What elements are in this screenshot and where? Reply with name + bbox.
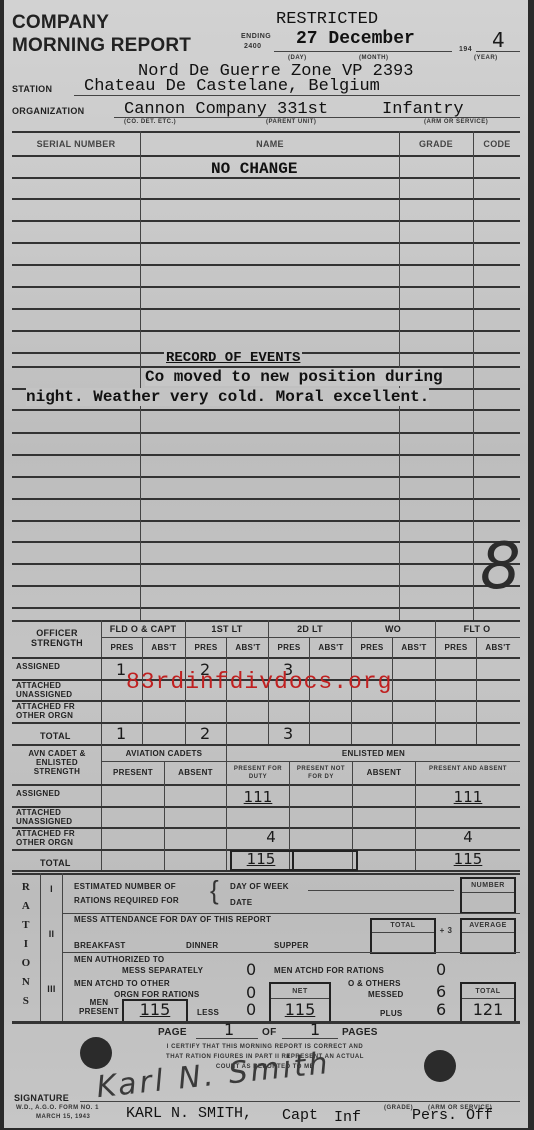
col-serial-number: SERIAL NUMBER (12, 139, 140, 149)
station-label: STATION (12, 84, 52, 94)
group-wo: WO (352, 624, 434, 634)
net-label: NET (271, 988, 329, 995)
o-others-line1: O & OTHERS (348, 979, 401, 988)
o-others-value: 6 (436, 982, 446, 1001)
rations-side-label: R A T I O N S (12, 878, 40, 1011)
sec2-plus3: + 3 (438, 925, 454, 937)
certify-line1: I CERTIFY THAT THIS MORNING REPORT IS CO… (134, 1044, 396, 1050)
men-present-value: 115 (124, 1000, 186, 1019)
officer-strength-title: OFFICER STRENGTH (14, 628, 100, 648)
signer-grade: Capt (282, 1107, 318, 1124)
less-label: LESS (197, 1008, 219, 1017)
month-caption: (MONTH) (359, 55, 389, 61)
sub-pres: PRES (269, 643, 309, 652)
men-atchd-other-line1: MEN ATCHD TO OTHER (74, 979, 170, 988)
rations-letter: A (12, 897, 40, 916)
signer-name: KARL N. SMITH, (126, 1105, 252, 1122)
attached-fr-present-for-duty: 4 (240, 828, 302, 846)
sec2-supper: SUPPER (274, 941, 309, 950)
sec1-date: DATE (230, 898, 252, 907)
report-date: 27 December (296, 29, 415, 49)
year-digit: 4 (492, 28, 505, 52)
enlisted-strength-title: AVN CADET & ENLISTED STRENGTH (14, 749, 100, 776)
col-name: NAME (141, 139, 399, 149)
punch-hole-left (80, 1037, 112, 1069)
caption-grade: (GRADE) (384, 1105, 413, 1111)
sub-abst: ABS'T (143, 643, 185, 652)
row-label-assigned: ASSIGNED (16, 789, 60, 798)
sub-abst: ABS'T (477, 643, 519, 652)
margin-pen-mark: 8 (480, 530, 521, 604)
sec2-total-label: TOTAL (372, 922, 434, 929)
sub-pres: PRES (102, 643, 142, 652)
watermark: 83rdinfdivdocs.org (126, 669, 392, 695)
net-value: 115 (271, 1000, 329, 1019)
col-code: CODE (474, 139, 520, 149)
sec2-numeral: II (41, 929, 62, 939)
group-fld-o-capt: FLD O & CAPT (102, 624, 184, 634)
pages-label: PAGES (342, 1027, 378, 1038)
row-label-attached-unassigned: ATTACHED UNASSIGNED (16, 681, 96, 699)
sec2-average-label: AVERAGE (462, 922, 514, 929)
sec2-dinner: DINNER (186, 941, 218, 950)
row-label-assigned: ASSIGNED (16, 662, 60, 671)
page-total: 1 (310, 1020, 320, 1039)
row-label-attached-unassigned: ATTACHED UNASSIGNED (16, 808, 96, 826)
sec2-text: MESS ATTENDANCE FOR DAY OF THIS REPORT (74, 915, 271, 924)
form-title-line2: MORNING REPORT (12, 35, 191, 56)
sec1-day-of-week: DAY OF WEEK (230, 882, 289, 891)
sec1-text1: ESTIMATED NUMBER OF (74, 882, 176, 891)
record-of-events-line2: night. Weather very cold. Moral excellen… (26, 388, 429, 406)
of-label: OF (262, 1027, 277, 1038)
total-present-and-absent: 115 (416, 850, 520, 868)
classification-stamp: RESTRICTED (276, 10, 378, 29)
o-others-line2: MESSED (368, 990, 404, 999)
sub-pres: PRES (352, 643, 392, 652)
men-present-label: MEN PRESENT (76, 998, 122, 1016)
ending-time: 2400 (244, 43, 262, 50)
org-caption-co: (CO. DET. ETC.) (124, 119, 176, 125)
sec3-numeral: III (41, 984, 62, 994)
organization-label: ORGANIZATION (12, 106, 84, 116)
sec1-text2: RATIONS REQUIRED FOR (74, 896, 179, 905)
sec1-number-label: NUMBER (462, 882, 514, 889)
year-caption: (YEAR) (474, 55, 498, 61)
rations-letter: I (12, 935, 40, 954)
plus-value: 6 (436, 1000, 446, 1019)
rations-letter: N (12, 973, 40, 992)
group-enlisted-men: ENLISTED MEN (227, 749, 520, 758)
ending-label: ENDING (241, 33, 271, 40)
record-of-events-title: RECORD OF EVENTS (164, 350, 302, 366)
signer-role: Pers. Off (412, 1107, 493, 1124)
row-label-attached-fr-other: ATTACHED FR OTHER ORGN (16, 702, 96, 720)
col-av-present: PRESENT (102, 768, 164, 777)
sec2-breakfast: BREAKFAST (74, 941, 126, 950)
group-flt-o: FLT O (434, 624, 520, 634)
total-2d-lt-pres: 3 (283, 724, 293, 743)
rations-letter: R (12, 878, 40, 897)
men-present-label-1: MEN (76, 998, 122, 1007)
col-av-absent: ABSENT (165, 768, 226, 777)
sub-abst: ABS'T (227, 643, 269, 652)
org-caption-parent: (PARENT UNIT) (266, 119, 316, 125)
row-label-total: TOTAL (40, 858, 71, 868)
group-aviation-cadets: AVIATION CADETS (102, 749, 226, 758)
sub-abst: ABS'T (393, 643, 435, 652)
men-atchd-rations-value: 0 (436, 960, 446, 979)
form-number: W.D., A.G.O. FORM NO. 1 (16, 1105, 99, 1111)
rations-letter: O (12, 954, 40, 973)
form-date: MARCH 15, 1943 (36, 1114, 90, 1120)
station-value: Chateau De Castelane, Belgium (84, 77, 380, 96)
row-label-attached-fr-other: ATTACHED FR OTHER ORGN (16, 829, 96, 847)
assigned-fld-o-pres: 1 (116, 660, 126, 679)
brace: { (210, 876, 219, 904)
org-caption-arm: (ARM OR SERVICE) (424, 119, 488, 125)
assigned-present-and-absent: 111 (416, 788, 520, 806)
col-em-absent: ABSENT (353, 768, 415, 777)
less-value: 0 (246, 1000, 256, 1019)
men-auth-line2: MESS SEPARATELY (122, 966, 203, 975)
total-1st-lt-pres: 2 (200, 724, 210, 743)
day-caption: (DAY) (288, 55, 307, 61)
form-title-line1: COMPANY (12, 12, 109, 33)
plus-label: PLUS (380, 1009, 403, 1018)
group-1st-lt: 1ST LT (186, 624, 268, 634)
roster-entry-no-change: NO CHANGE (211, 160, 297, 178)
col-em-present-not-for-dy: PRESENT NOT FOR DY (290, 765, 352, 781)
sub-pres: PRES (436, 643, 476, 652)
page-label: PAGE (158, 1027, 187, 1038)
group-2d-lt: 2D LT (269, 624, 351, 634)
year-prefix: 194 (459, 46, 472, 53)
page-number: 1 (224, 1020, 234, 1039)
record-of-events-line1: Co moved to new position during (145, 368, 443, 386)
col-em-present-for-duty: PRESENT FOR DUTY (227, 765, 289, 781)
rations-letter: S (12, 992, 40, 1011)
men-atchd-rations-label: MEN ATCHD FOR RATIONS (274, 966, 384, 975)
sub-pres: PRES (186, 643, 226, 652)
assigned-present-for-duty: 111 (227, 788, 289, 806)
signature-label: SIGNATURE (14, 1093, 69, 1103)
rations-total-value: 121 (462, 1000, 514, 1019)
rations-total-label: TOTAL (462, 988, 514, 995)
punch-hole-right (424, 1050, 456, 1082)
sec1-numeral: I (41, 884, 62, 894)
rations-letter: T (12, 916, 40, 935)
morning-report-form: COMPANY MORNING REPORT RESTRICTED ENDING… (4, 0, 528, 1128)
men-auth-value: 0 (246, 960, 256, 979)
sub-abst: ABS'T (310, 643, 352, 652)
col-grade: GRADE (400, 139, 472, 149)
men-auth-line1: MEN AUTHORIZED TO (74, 955, 164, 964)
total-present-for-duty: 115 (230, 850, 292, 868)
row-label-total: TOTAL (40, 731, 71, 741)
total-fld-o-pres: 1 (116, 724, 126, 743)
men-atchd-other-line2: ORGN FOR RATIONS (114, 990, 200, 999)
signer-arm: Inf (334, 1109, 361, 1126)
col-em-present-and-absent: PRESENT AND ABSENT (416, 765, 520, 773)
men-present-label-2: PRESENT (76, 1007, 122, 1016)
attached-fr-present-and-absent: 4 (416, 828, 520, 846)
